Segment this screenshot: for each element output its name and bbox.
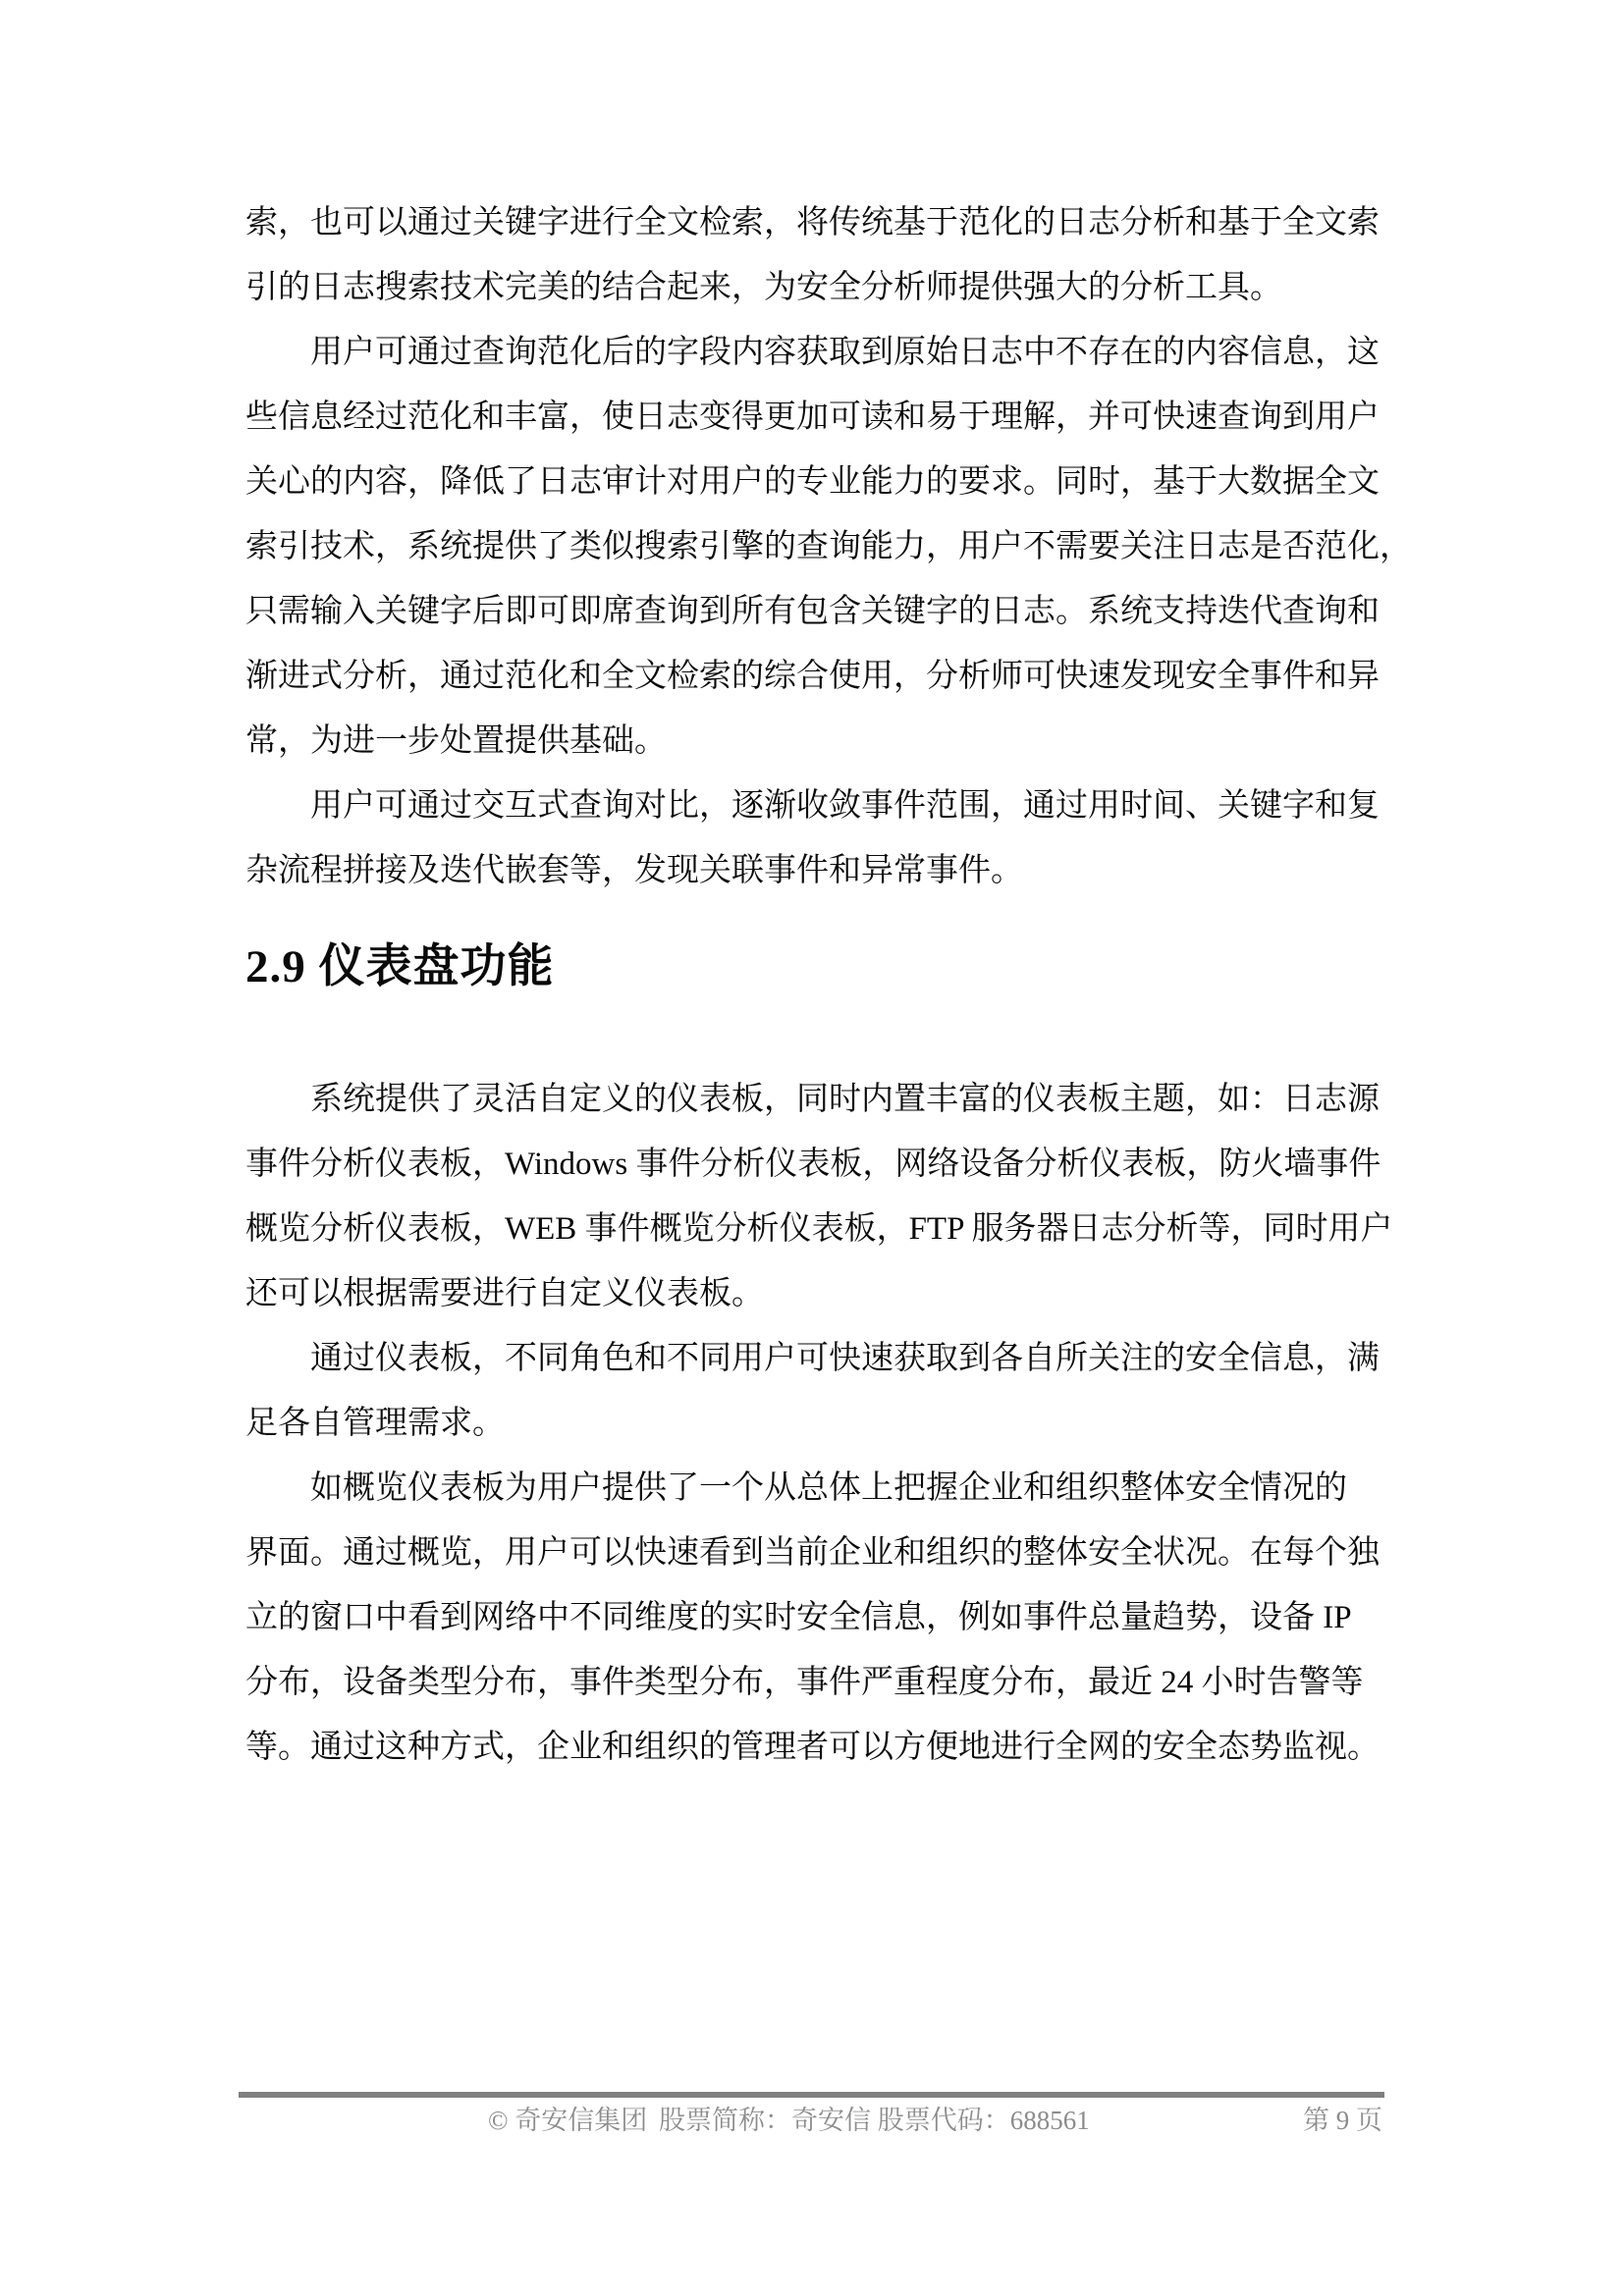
document-page: 索，也可以通过关键字进行全文检索，将传统基于范化的日志分析和基于全文索引的日志搜… — [0, 0, 1624, 2296]
text-line: 事件分析仪表板，Windows 事件分析仪表板，网络设备分析仪表板，防火墙事件 — [245, 1132, 1386, 1197]
section-heading: 2.9 仪表盘功能 — [245, 938, 1386, 995]
text-line: 立的窗口中看到网络中不同维度的实时安全信息，例如事件总量趋势，设备 IP — [245, 1585, 1386, 1650]
text-line: 索，也可以通过关键字进行全文检索，将传统基于范化的日志分析和基于全文索 — [245, 190, 1386, 255]
text-line: 杂流程拼接及迭代嵌套等，发现关联事件和异常事件。 — [245, 838, 1386, 903]
text-line: 等。通过这种方式，企业和组织的管理者可以方便地进行全网的安全态势监视。 — [245, 1715, 1386, 1780]
document-content: 索，也可以通过关键字进行全文检索，将传统基于范化的日志分析和基于全文索引的日志搜… — [245, 190, 1386, 1780]
footer-stock-info: 股票简称：奇安信 股票代码：688561 — [659, 2104, 1090, 2137]
text-line: 只需输入关键字后即可即席查询到所有包含关键字的日志。系统支持迭代查询和 — [245, 579, 1386, 644]
text-line: 些信息经过范化和丰富，使日志变得更加可读和易于理解，并可快速查询到用户 — [245, 385, 1386, 450]
text-line: 概览分析仪表板，WEB 事件概览分析仪表板，FTP 服务器日志分析等，同时用户 — [245, 1197, 1386, 1261]
text-line: 足各自管理需求。 — [245, 1391, 1386, 1456]
paragraph: 用户可通过查询范化后的字段内容获取到原始日志中不存在的内容信息，这些信息经过范化… — [245, 320, 1386, 774]
text-line: 通过仪表板，不同角色和不同用户可快速获取到各自所关注的安全信息，满 — [245, 1326, 1386, 1391]
text-line: 系统提供了灵活自定义的仪表板，同时内置丰富的仪表板主题，如：日志源 — [245, 1067, 1386, 1132]
paragraph: 如概览仪表板为用户提供了一个从总体上把握企业和组织整体安全情况的界面。通过概览，… — [245, 1456, 1386, 1780]
page-footer: © 奇安信集团 股票简称：奇安信 股票代码：688561 第 9 页 — [0, 2092, 1624, 2185]
footer-copyright: © 奇安信集团 — [488, 2104, 647, 2137]
text-line: 分布，设备类型分布，事件类型分布，事件严重程度分布，最近 24 小时告警等 — [245, 1650, 1386, 1715]
text-line: 用户可通过交互式查询对比，逐渐收敛事件范围，通过用时间、关键字和复 — [245, 774, 1386, 838]
text-line: 界面。通过概览，用户可以快速看到当前企业和组织的整体安全状况。在每个独 — [245, 1521, 1386, 1585]
paragraph: 用户可通过交互式查询对比，逐渐收敛事件范围，通过用时间、关键字和复杂流程拼接及迭… — [245, 774, 1386, 903]
text-line: 渐进式分析，通过范化和全文检索的综合使用，分析师可快速发现安全事件和异 — [245, 644, 1386, 709]
text-line: 如概览仪表板为用户提供了一个从总体上把握企业和组织整体安全情况的 — [245, 1456, 1386, 1521]
text-line: 常，为进一步处置提供基础。 — [245, 709, 1386, 774]
paragraph: 系统提供了灵活自定义的仪表板，同时内置丰富的仪表板主题，如：日志源事件分析仪表板… — [245, 1067, 1386, 1326]
text-line: 引的日志搜索技术完美的结合起来，为安全分析师提供强大的分析工具。 — [245, 255, 1386, 320]
paragraph: 索，也可以通过关键字进行全文检索，将传统基于范化的日志分析和基于全文索引的日志搜… — [245, 190, 1386, 320]
text-line: 关心的内容，降低了日志审计对用户的专业能力的要求。同时，基于大数据全文 — [245, 450, 1386, 514]
footer-page-number: 第 9 页 — [1303, 2104, 1382, 2137]
text-line: 索引技术，系统提供了类似搜索引擎的查询能力，用户不需要关注日志是否范化， — [245, 514, 1386, 579]
text-line: 用户可通过查询范化后的字段内容获取到原始日志中不存在的内容信息，这 — [245, 320, 1386, 385]
paragraph: 通过仪表板，不同角色和不同用户可快速获取到各自所关注的安全信息，满足各自管理需求… — [245, 1326, 1386, 1456]
text-line: 还可以根据需要进行自定义仪表板。 — [245, 1261, 1386, 1326]
footer-rule — [239, 2092, 1384, 2098]
